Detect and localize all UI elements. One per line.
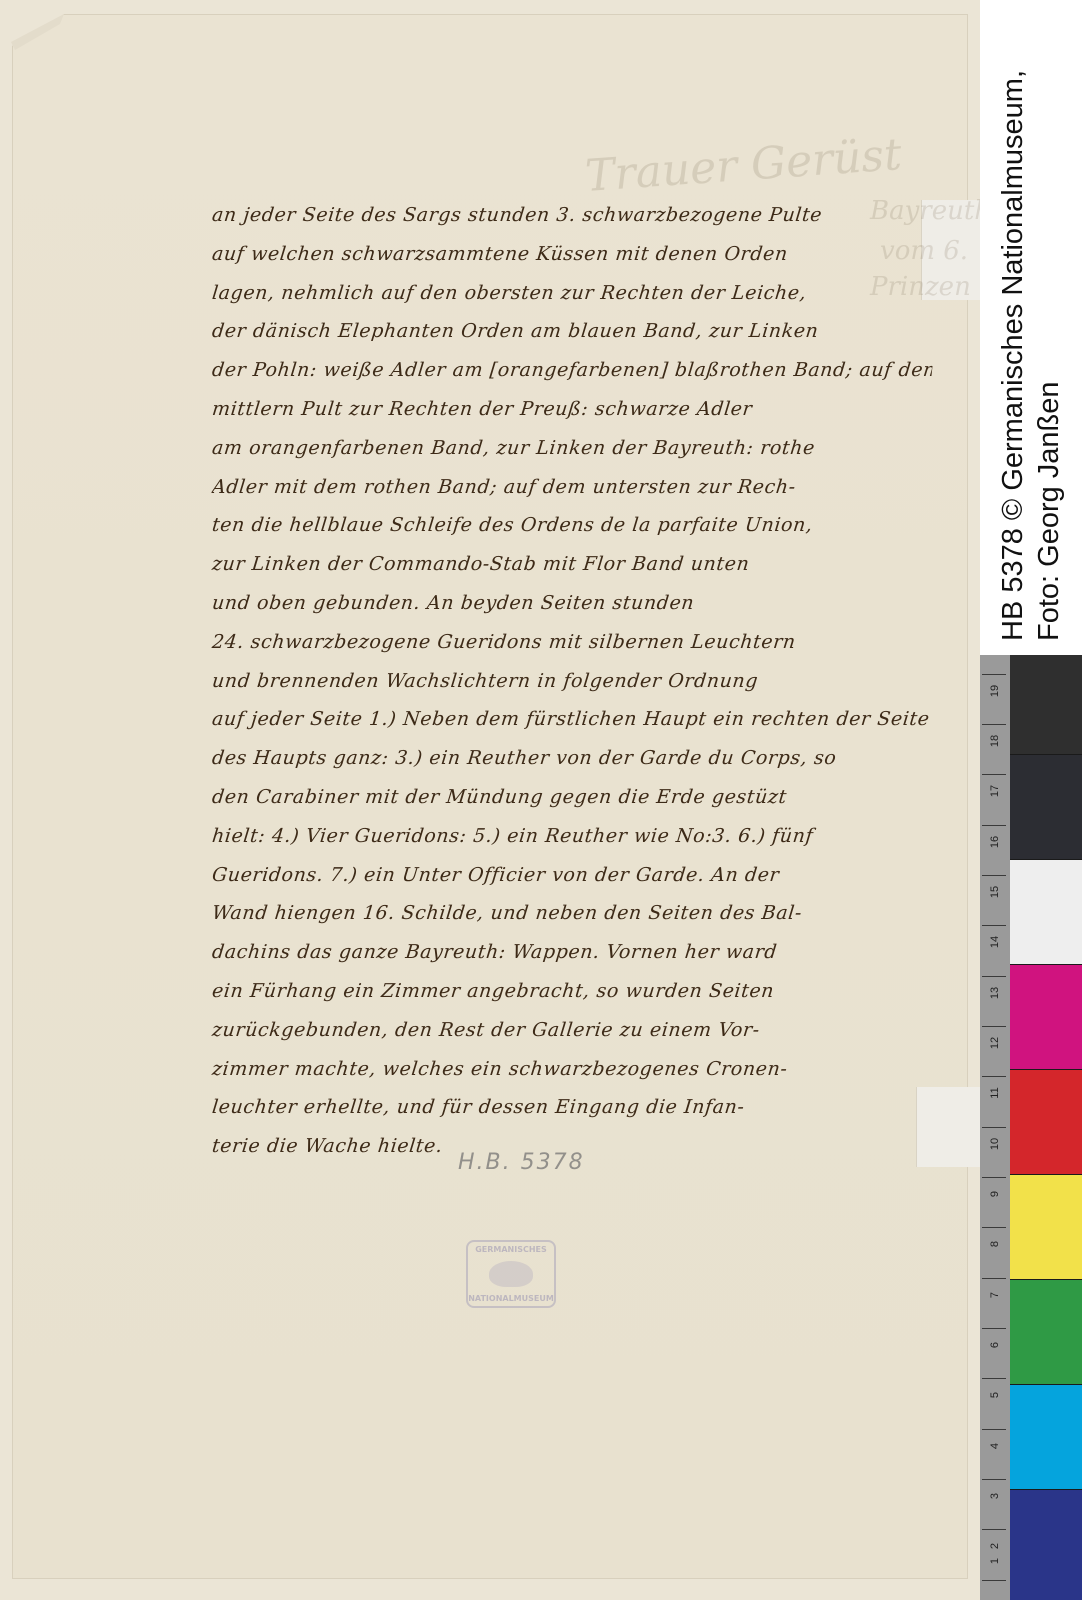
ruler-tick <box>982 925 1006 926</box>
ruler-tick-label: 11 <box>989 1081 1001 1105</box>
color-patch-green <box>1010 1280 1082 1385</box>
ruler-tick-label: 8 <box>989 1232 1001 1256</box>
stamp-top-text: GERMANISCHES <box>475 1245 547 1254</box>
ruler-tick-label: 17 <box>989 779 1001 803</box>
ruler-tick-label: 5 <box>989 1383 1001 1407</box>
ruler-tick-label: 4 <box>989 1434 1001 1458</box>
text-line: lagen, nehmlich auf den obersten zur Rec… <box>210 274 934 313</box>
ruler-tick <box>982 1479 1006 1480</box>
text-line: Wand hiengen 16. Schilde, und neben den … <box>210 894 934 933</box>
photo-credit-line: Foto: Georg Janßen <box>1031 0 1067 641</box>
ruler-tick <box>982 875 1006 876</box>
color-patch-black <box>1010 655 1082 755</box>
color-patch-blue <box>1010 1490 1082 1600</box>
ruler-tick-label: 9 <box>989 1182 1001 1206</box>
text-line: und oben gebunden. An beyden Seiten stun… <box>210 584 934 623</box>
ruler-tick-label: 3 <box>989 1484 1001 1508</box>
ruler-tick <box>982 1227 1006 1228</box>
ruler-tick <box>982 1278 1006 1279</box>
ruler-tick-label: 7 <box>989 1283 1001 1307</box>
ruler-tick <box>982 1378 1006 1379</box>
ruler-tick-label: 10 <box>989 1132 1001 1156</box>
ruler-tick <box>982 674 1006 675</box>
color-patch-magenta <box>1010 965 1082 1070</box>
ruler-tick-label: 13 <box>989 981 1001 1005</box>
ruler-tick <box>982 1177 1006 1178</box>
text-line: der dänisch Elephanten Orden am blauen B… <box>210 312 934 351</box>
measurement-ruler: 19 18 17 16 15 14 13 12 11 10 9 8 7 6 5 … <box>980 655 1010 1600</box>
text-line: zur Linken der Commando-Stab mit Flor Ba… <box>210 545 934 584</box>
eagle-emblem-icon <box>489 1261 533 1287</box>
ruler-tick-label: 16 <box>989 830 1001 854</box>
ruler-tick <box>982 1429 1006 1430</box>
copyright-line: HB 5378 © Germanisches Nationalmuseum, <box>995 0 1031 641</box>
ruler-tick-label: 14 <box>989 930 1001 954</box>
text-line: Gueridons. 7.) ein Unter Officier von de… <box>210 856 934 895</box>
text-line: am orangenfarbenen Band, zur Linken der … <box>210 429 934 468</box>
text-line: der Pohln: weiße Adler am [orangefarbene… <box>210 351 934 390</box>
ruler-tick-label: 1 <box>989 1549 1001 1573</box>
museum-stamp: GERMANISCHES NATIONALMUSEUM <box>466 1240 556 1308</box>
text-line: auf jeder Seite 1.) Neben dem fürstliche… <box>210 700 934 739</box>
ruler-tick <box>982 724 1006 725</box>
text-line: mittlern Pult zur Rechten der Preuß: sch… <box>210 390 934 429</box>
text-line: ein Fürhang ein Zimmer angebracht, so wu… <box>210 972 934 1011</box>
color-calibration-chart <box>1010 655 1082 1600</box>
ruler-tick <box>982 1580 1006 1581</box>
text-line: 24. schwarzbezogene Gueridons mit silber… <box>210 623 934 662</box>
text-line: zimmer machte, welches ein schwarzbezoge… <box>210 1050 934 1089</box>
ruler-tick-label: 19 <box>989 679 1001 703</box>
text-line: auf welchen schwarzsammtene Küssen mit d… <box>210 235 934 274</box>
ruler-tick-label: 12 <box>989 1031 1001 1055</box>
ruler-tick <box>982 1529 1006 1530</box>
ruler-tick <box>982 774 1006 775</box>
text-line: zurückgebunden, den Rest der Gallerie zu… <box>210 1011 934 1050</box>
text-line: hielt: 4.) Vier Gueridons: 5.) ein Reuth… <box>210 817 934 856</box>
text-line: und brennenden Wachslichtern in folgende… <box>210 662 934 701</box>
ruler-tick <box>982 976 1006 977</box>
text-line: leuchter erhellte, und für dessen Eingan… <box>210 1088 934 1127</box>
color-patch-yellow <box>1010 1175 1082 1280</box>
text-line: ten die hellblaue Schleife des Ordens de… <box>210 506 934 545</box>
ruler-tick-label: 15 <box>989 880 1001 904</box>
copyright-label: HB 5378 © Germanisches Nationalmuseum, F… <box>980 0 1082 655</box>
text-line: des Haupts ganz: 3.) ein Reuther von der… <box>210 739 934 778</box>
ruler-tick <box>982 1328 1006 1329</box>
handwritten-text: an jeder Seite des Sargs stunden 3. schw… <box>210 196 930 1166</box>
text-line: den Carabiner mit der Mündung gegen die … <box>210 778 934 817</box>
ruler-tick <box>982 1076 1006 1077</box>
ruler-tick <box>982 1026 1006 1027</box>
color-patch-red <box>1010 1070 1082 1175</box>
ruler-tick-label: 18 <box>989 729 1001 753</box>
color-patch-cyan <box>1010 1385 1082 1490</box>
text-line: dachins das ganze Bayreuth: Wappen. Vorn… <box>210 933 934 972</box>
ruler-tick-label: 6 <box>989 1333 1001 1357</box>
stamp-bottom-text: NATIONALMUSEUM <box>468 1294 554 1303</box>
ruler-tick <box>982 825 1006 826</box>
color-patch-dark-grey <box>1010 755 1082 860</box>
text-line: Adler mit dem rothen Band; auf dem unter… <box>210 468 934 507</box>
text-line: an jeder Seite des Sargs stunden 3. schw… <box>210 196 934 235</box>
ruler-tick <box>982 1127 1006 1128</box>
color-patch-white <box>1010 860 1082 965</box>
pencil-inventory-number: H.B. 5378 <box>458 1150 585 1175</box>
